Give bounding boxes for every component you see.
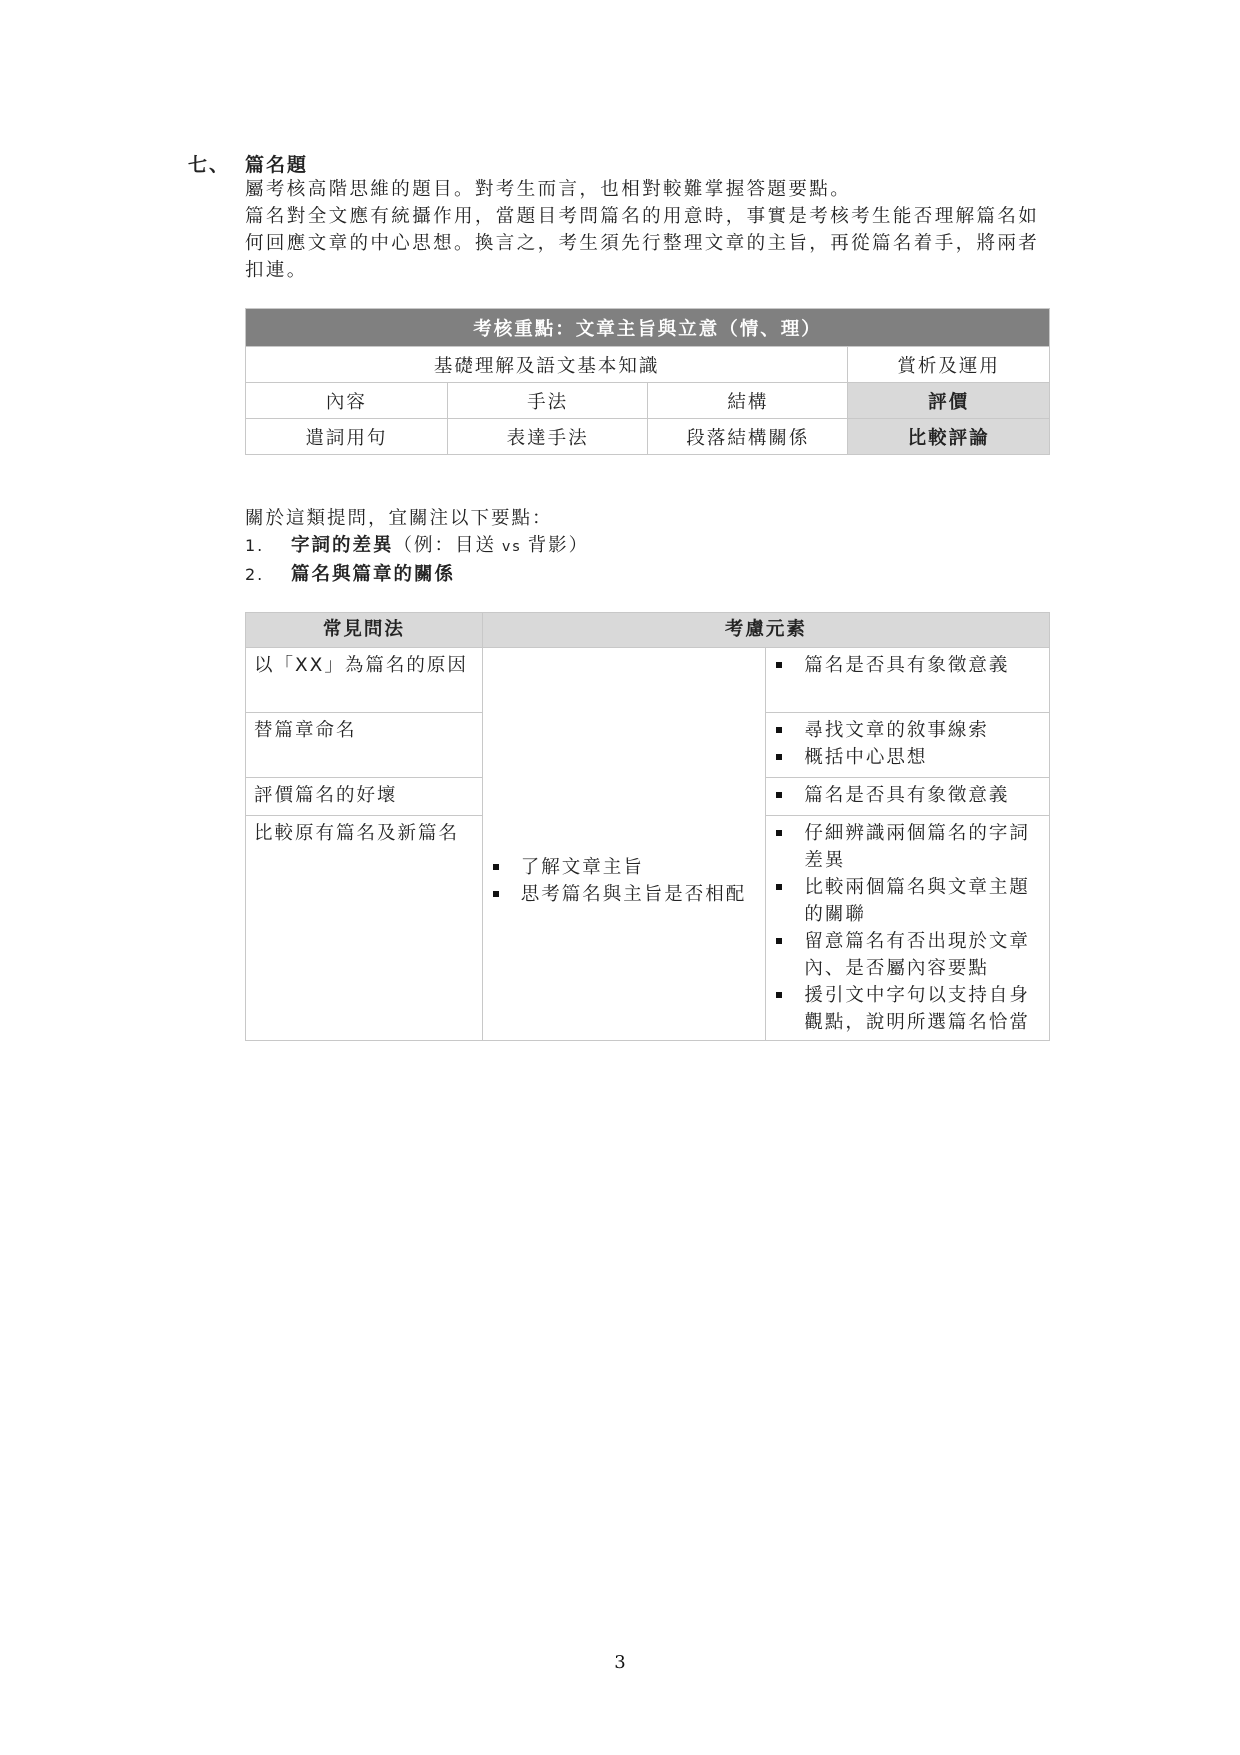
question-cell: 替篇章命名 bbox=[246, 713, 483, 778]
square-bullet-icon bbox=[776, 792, 782, 798]
assessment-focus-table: 考核重點：文章主旨與立意（情、理） 基礎理解及語文基本知識 賞析及運用 內容 手… bbox=[245, 308, 1050, 455]
table-cell: 遣詞用句 bbox=[246, 419, 448, 455]
list-item: 思考篇名與主旨是否相配 bbox=[491, 881, 758, 908]
question-cell: 比較原有篇名及新篇名 bbox=[246, 816, 483, 1041]
list-item: 援引文中字句以支持自身觀點，說明所選篇名恰當 bbox=[774, 982, 1041, 1036]
table-cell: 結構 bbox=[648, 383, 848, 419]
section-number: 七、 bbox=[188, 150, 245, 177]
square-bullet-icon bbox=[493, 891, 499, 897]
list-item: 概括中心思想 bbox=[774, 744, 1041, 771]
list-item: 仔細辨識兩個篇名的字詞差異 bbox=[774, 820, 1041, 874]
square-bullet-icon bbox=[776, 727, 782, 733]
highlighted-cell: 評價 bbox=[848, 383, 1050, 419]
focus-item-bold: 字詞的差異 bbox=[291, 535, 394, 556]
table-row: 遣詞用句 表達手法 段落結構關係 比較評論 bbox=[246, 419, 1050, 455]
elements-cell: 篇名是否具有象徵意義 bbox=[766, 648, 1050, 713]
column-header: 考慮元素 bbox=[482, 613, 1049, 648]
square-bullet-icon bbox=[776, 662, 782, 668]
shared-elements-cell: 了解文章主旨 思考篇名與主旨是否相配 bbox=[482, 648, 766, 1041]
page-number: 3 bbox=[0, 1652, 1240, 1673]
elements-cell: 篇名是否具有象徵意義 bbox=[766, 778, 1050, 816]
question-cell: 以「XX」為篇名的原因 bbox=[246, 648, 483, 713]
square-bullet-icon bbox=[776, 992, 782, 998]
column-header: 常見問法 bbox=[246, 613, 483, 648]
square-bullet-icon bbox=[776, 938, 782, 944]
intro-paragraph: 屬考核高階思維的題目。對考生而言，也相對較難掌握答題要點。 bbox=[245, 176, 1055, 203]
highlighted-cell: 比較評論 bbox=[848, 419, 1050, 455]
elements-cell: 仔細辨識兩個篇名的字詞差異 比較兩個篇名與文章主題的關聯 留意篇名有否出現於文章… bbox=[766, 816, 1050, 1041]
section-heading: 七、 篇名題 bbox=[188, 150, 308, 177]
section-intro: 屬考核高階思維的題目。對考生而言，也相對較難掌握答題要點。 篇名對全文應有統攝作… bbox=[245, 176, 1055, 284]
list-item: 了解文章主旨 bbox=[491, 854, 758, 881]
table-row: 以「XX」為篇名的原因 了解文章主旨 思考篇名與主旨是否相配 篇名是否具有象徵意… bbox=[246, 648, 1050, 713]
list-item: 留意篇名有否出現於文章內、是否屬內容要點 bbox=[774, 928, 1041, 982]
table-cell: 手法 bbox=[447, 383, 648, 419]
document-page: 七、 篇名題 屬考核高階思維的題目。對考生而言，也相對較難掌握答題要點。 篇名對… bbox=[0, 0, 1240, 1755]
question-types-table: 常見問法 考慮元素 以「XX」為篇名的原因 了解文章主旨 思考篇名與主旨是否相配… bbox=[245, 612, 1050, 1041]
appreciation-cell: 賞析及運用 bbox=[848, 347, 1050, 383]
list-item: 比較兩個篇名與文章主題的關聯 bbox=[774, 874, 1041, 928]
question-cell: 評價篇名的好壞 bbox=[246, 778, 483, 816]
table-cell: 表達手法 bbox=[447, 419, 648, 455]
square-bullet-icon bbox=[776, 884, 782, 890]
table-cell: 段落結構關係 bbox=[648, 419, 848, 455]
basic-knowledge-cell: 基礎理解及語文基本知識 bbox=[246, 347, 848, 383]
table-row: 內容 手法 結構 評價 bbox=[246, 383, 1050, 419]
table-header: 考核重點：文章主旨與立意（情、理） bbox=[246, 309, 1050, 347]
focus-item-bold: 篇名與篇章的關係 bbox=[291, 561, 455, 588]
square-bullet-icon bbox=[776, 754, 782, 760]
square-bullet-icon bbox=[493, 864, 499, 870]
focus-item: 1. 字詞的差異（例：目送vs背影） bbox=[245, 532, 589, 561]
elements-cell: 尋找文章的敘事線索 概括中心思想 bbox=[766, 713, 1050, 778]
section-title: 篇名題 bbox=[245, 150, 308, 177]
focus-intro: 關於這類提問，宜關注以下要點： bbox=[245, 505, 589, 532]
square-bullet-icon bbox=[776, 830, 782, 836]
table-cell: 內容 bbox=[246, 383, 448, 419]
focus-points: 關於這類提問，宜關注以下要點： 1. 字詞的差異（例：目送vs背影） 2. 篇名… bbox=[245, 505, 589, 588]
list-item: 篇名是否具有象徵意義 bbox=[774, 652, 1041, 679]
list-item: 尋找文章的敘事線索 bbox=[774, 717, 1041, 744]
focus-item: 2. 篇名與篇章的關係 bbox=[245, 561, 589, 588]
intro-paragraph: 篇名對全文應有統攝作用，當題目考問篇名的用意時，事實是考核考生能否理解篇名如何回… bbox=[245, 203, 1055, 284]
list-item: 篇名是否具有象徵意義 bbox=[774, 782, 1041, 809]
